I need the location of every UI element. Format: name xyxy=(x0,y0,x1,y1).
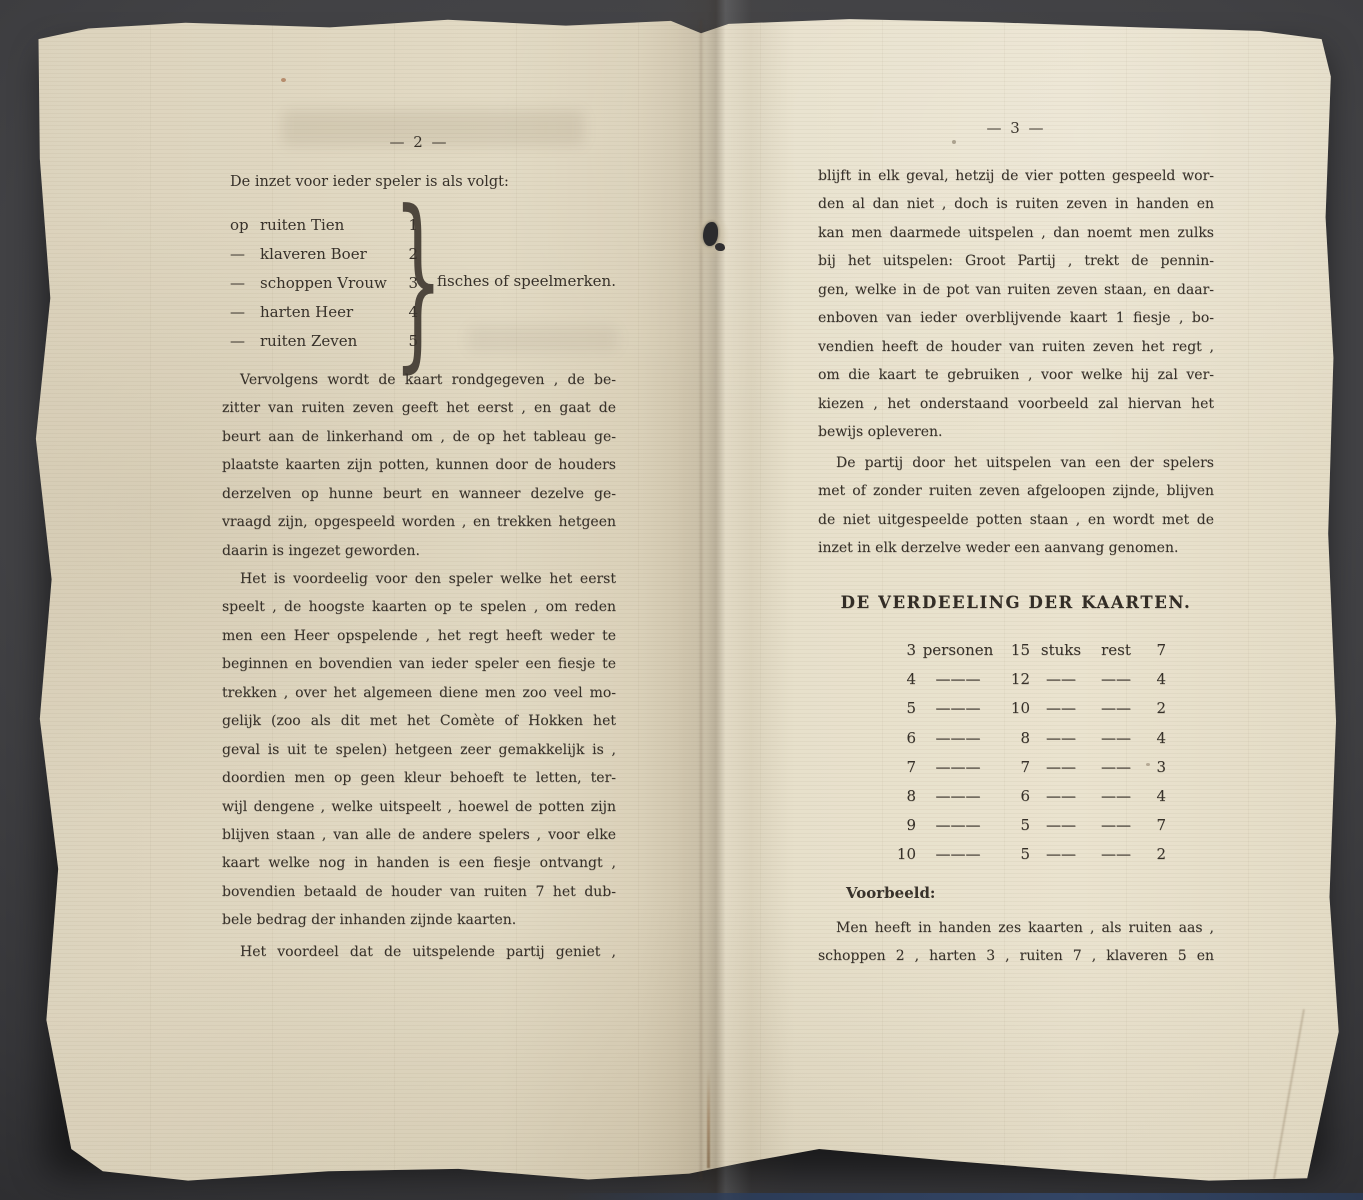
stake-card-name: harten Heer xyxy=(260,298,402,327)
text-line: derzelven op hunne beurt en wanneer deze… xyxy=(222,480,616,508)
table-cell: 7 xyxy=(1000,753,1030,782)
text-line: bovendien betaald de houder van ruiten 7… xyxy=(222,878,616,906)
table-row: 10 ——— 5 —— —— 2 xyxy=(888,840,1166,869)
table-cell: —— xyxy=(1030,724,1092,753)
text-line: enboven van ieder overblijvende kaart 1 … xyxy=(818,304,1214,332)
table-cell: stuks xyxy=(1030,636,1092,665)
table-cell: 2 xyxy=(1140,694,1166,723)
table-cell: —— xyxy=(1092,811,1140,840)
text-line: Het is voordeelig voor den speler welke … xyxy=(222,565,616,593)
table-cell: 12 xyxy=(1000,665,1030,694)
table-row: 6 ——— 8 —— —— 4 xyxy=(888,724,1166,753)
printed-text-layer: — 2 — De inzet voor ieder speler is als … xyxy=(0,0,1363,1200)
table-row: 5 ——— 10 —— —— 2 xyxy=(888,694,1166,723)
stake-card-name: schoppen Vrouw xyxy=(260,269,402,298)
text-line: bele bedrag der inhanden zijnde kaarten. xyxy=(222,906,616,934)
stakes-intro-line: De inzet voor ieder speler is als volgt: xyxy=(230,171,509,193)
text-line: Vervolgens wordt de kaart rondgegeven , … xyxy=(222,366,616,394)
table-cell: ——— xyxy=(916,811,1000,840)
table-cell: 6 xyxy=(1000,782,1030,811)
stake-row: — ruiten Zeven 5 xyxy=(230,327,418,356)
table-cell: 4 xyxy=(888,665,916,694)
left-paragraph-2: Het is voordeelig voor den speler welke … xyxy=(222,565,616,935)
table-cell: —— xyxy=(1030,694,1092,723)
example-label: Voorbeeld: xyxy=(846,884,935,902)
table-cell: —— xyxy=(1030,753,1092,782)
stake-row: — harten Heer 4 xyxy=(230,298,418,327)
stakes-brace-label: fisches of speelmerken. xyxy=(437,272,616,290)
table-cell: 8 xyxy=(1000,724,1030,753)
stakes-list: op ruiten Tien 1 — klaveren Boer 2 — sch… xyxy=(230,211,418,356)
text-line: Het voordeel dat de uitspelende partij g… xyxy=(222,938,616,966)
text-line: de niet uitgespeelde potten staan , en w… xyxy=(818,506,1214,534)
text-line: vraagd zijn, opgespeeld worden , en trek… xyxy=(222,508,616,536)
table-cell: ——— xyxy=(916,724,1000,753)
text-line: trekken , over het algemeen diene men zo… xyxy=(222,679,616,707)
text-line: kiezen , het onderstaand voorbeeld zal h… xyxy=(818,390,1214,418)
stake-row: — schoppen Vrouw 3 xyxy=(230,269,418,298)
table-cell: rest xyxy=(1092,636,1140,665)
text-line: De partij door het uitspelen van een der… xyxy=(818,449,1214,477)
text-line: zitter van ruiten zeven geeft het eerst … xyxy=(222,394,616,422)
stake-row: op ruiten Tien 1 xyxy=(230,211,418,240)
text-line: gen, welke in de pot van ruiten zeven st… xyxy=(818,276,1214,304)
text-line: om die kaart te gebruiken , voor welke h… xyxy=(818,361,1214,389)
text-line: geval is uit te spelen) hetgeen zeer gem… xyxy=(222,736,616,764)
table-row: 9 ——— 5 —— —— 7 xyxy=(888,811,1166,840)
text-line: met of zonder ruiten zeven afgeloopen zi… xyxy=(818,477,1214,505)
table-cell: —— xyxy=(1092,694,1140,723)
table-cell: 2 xyxy=(1140,840,1166,869)
table-cell: 10 xyxy=(1000,694,1030,723)
table-cell: 3 xyxy=(888,636,916,665)
text-line: bewijs opleveren. xyxy=(818,418,1214,446)
stake-card-name: ruiten Zeven xyxy=(260,327,402,356)
text-line: kaart welke nog in handen is een fiesje … xyxy=(222,849,616,877)
text-line: kan men daarmede uitspelen , dan noemt m… xyxy=(818,219,1214,247)
text-line: Men heeft in handen zes kaarten , als ru… xyxy=(818,914,1214,942)
text-line: plaatste kaarten zijn potten, kunnen doo… xyxy=(222,451,616,479)
table-cell: personen xyxy=(916,636,1000,665)
table-row: 7 ——— 7 —— —— 3 xyxy=(888,753,1166,782)
text-line: speelt , de hoogste kaarten op te spelen… xyxy=(222,593,616,621)
table-cell: 5 xyxy=(1000,840,1030,869)
table-cell: 7 xyxy=(1140,811,1166,840)
section-title: DE VERDEELING DER KAARTEN. xyxy=(818,593,1214,612)
text-line: beginnen en bovendien van ieder speler e… xyxy=(222,650,616,678)
right-page-number: — 3 — xyxy=(818,119,1214,137)
stake-prefix: op xyxy=(230,211,260,240)
stake-card-name: klaveren Boer xyxy=(260,240,402,269)
curly-brace-glyph: } xyxy=(393,208,411,354)
table-cell: 10 xyxy=(888,840,916,869)
table-cell: ——— xyxy=(916,782,1000,811)
stake-prefix: — xyxy=(230,298,260,327)
table-row: 4 ——— 12 —— —— 4 xyxy=(888,665,1166,694)
table-cell: —— xyxy=(1092,665,1140,694)
table-cell: —— xyxy=(1030,840,1092,869)
text-line: blijft in elk geval, hetzij de vier pott… xyxy=(818,162,1214,190)
text-line: vendien heeft de houder van ruiten zeven… xyxy=(818,333,1214,361)
left-page-number: — 2 — xyxy=(222,133,616,151)
text-line: bij het uitspelen: Groot Partij , trekt … xyxy=(818,247,1214,275)
table-cell: ——— xyxy=(916,753,1000,782)
text-line: gelijk (zoo als dit met het Comète of Ho… xyxy=(222,707,616,735)
text-line: schoppen 2 , harten 3 , ruiten 7 , klave… xyxy=(818,942,1214,970)
example-paragraph: Men heeft in handen zes kaarten , als ru… xyxy=(818,914,1214,971)
text-line: beurt aan de linkerhand om , de op het t… xyxy=(222,423,616,451)
table-cell: 7 xyxy=(888,753,916,782)
table-cell: 9 xyxy=(888,811,916,840)
text-line: men een Heer opspelende , het regt heeft… xyxy=(222,622,616,650)
stake-prefix: — xyxy=(230,240,260,269)
table-cell: 15 xyxy=(1000,636,1030,665)
stake-row: — klaveren Boer 2 xyxy=(230,240,418,269)
table-cell: 4 xyxy=(1140,724,1166,753)
right-paragraph-2: De partij door het uitspelen van een der… xyxy=(818,449,1214,563)
table-row: 3 personen 15 stuks rest 7 xyxy=(888,636,1166,665)
table-cell: 5 xyxy=(1000,811,1030,840)
stake-prefix: — xyxy=(230,327,260,356)
text-line: den al dan niet , doch is ruiten zeven i… xyxy=(818,190,1214,218)
table-cell: 7 xyxy=(1140,636,1166,665)
left-paragraph-3: Het voordeel dat de uitspelende partij g… xyxy=(222,938,616,966)
card-distribution-table: 3 personen 15 stuks rest 7 4 ——— 12 —— —… xyxy=(888,636,1166,870)
text-line: wijl dengene , welke uitspeelt , hoewel … xyxy=(222,793,616,821)
stake-prefix: — xyxy=(230,269,260,298)
table-cell: 6 xyxy=(888,724,916,753)
table-cell: —— xyxy=(1092,782,1140,811)
table-cell: —— xyxy=(1030,811,1092,840)
right-paragraph-1: blijft in elk geval, hetzij de vier pott… xyxy=(818,162,1214,446)
table-row: 8 ——— 6 —— —— 4 xyxy=(888,782,1166,811)
text-line: doordien men op geen kleur behoeft te le… xyxy=(222,764,616,792)
table-cell: 5 xyxy=(888,694,916,723)
text-line: blijven staan , van alle de andere spele… xyxy=(222,821,616,849)
table-cell: —— xyxy=(1030,782,1092,811)
text-line: daarin is ingezet geworden. xyxy=(222,537,616,565)
table-cell: ——— xyxy=(916,665,1000,694)
table-cell: —— xyxy=(1092,840,1140,869)
table-cell: 8 xyxy=(888,782,916,811)
table-cell: ——— xyxy=(916,840,1000,869)
photo-of-booklet-spread: — 2 — De inzet voor ieder speler is als … xyxy=(0,0,1363,1200)
table-cell: 3 xyxy=(1140,753,1166,782)
table-cell: 4 xyxy=(1140,782,1166,811)
table-cell: 4 xyxy=(1140,665,1166,694)
table-cell: —— xyxy=(1030,665,1092,694)
table-cell: —— xyxy=(1092,753,1140,782)
left-paragraph-1: Vervolgens wordt de kaart rondgegeven , … xyxy=(222,366,616,565)
text-line: inzet in elk derzelve weder een aanvang … xyxy=(818,534,1214,562)
table-cell: ——— xyxy=(916,694,1000,723)
table-cell: —— xyxy=(1092,724,1140,753)
stake-card-name: ruiten Tien xyxy=(260,211,402,240)
